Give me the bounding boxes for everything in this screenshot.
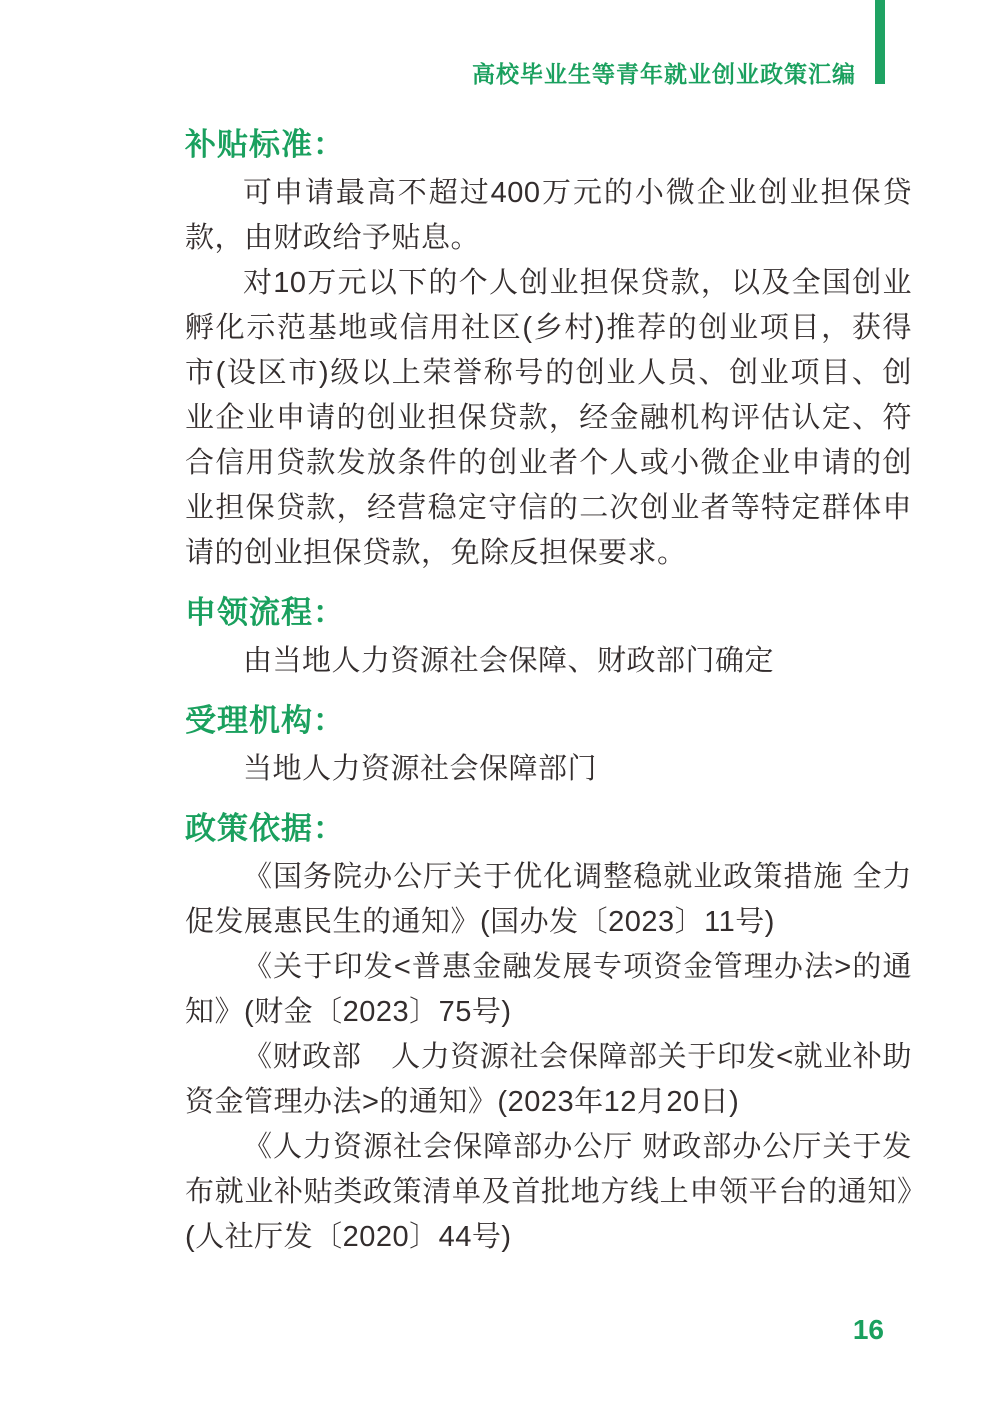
body-paragraph: 可申请最高不超过400万元的小微企业创业担保贷款，由财政给予贴息。 (185, 171, 912, 261)
policy-document-page: 高校毕业生等青年就业创业政策汇编 补贴标准： 可申请最高不超过400万元的小微企… (0, 0, 998, 1417)
body-paragraph: 当地人力资源社会保障部门 (185, 747, 912, 792)
section-heading: 受理机构： (185, 698, 912, 743)
section-policy-basis: 政策依据： 《国务院办公厅关于优化调整稳就业政策措施 全力促发展惠民生的通知》(… (185, 806, 912, 1260)
section-heading: 政策依据： (185, 806, 912, 851)
body-paragraph: 《人力资源社会保障部办公厅 财政部办公厅关于发布就业补贴类政策清单及首批地方线上… (185, 1125, 912, 1260)
section-heading: 补贴标准： (185, 122, 912, 167)
page-number: 16 (853, 1314, 884, 1346)
section-application-process: 申领流程： 由当地人力资源社会保障、财政部门确定 (185, 590, 912, 684)
document-content: 补贴标准： 可申请最高不超过400万元的小微企业创业担保贷款，由财政给予贴息。 … (185, 122, 912, 1260)
body-paragraph: 《国务院办公厅关于优化调整稳就业政策措施 全力促发展惠民生的通知》(国办发〔20… (185, 855, 912, 945)
section-subsidy-standard: 补贴标准： 可申请最高不超过400万元的小微企业创业担保贷款，由财政给予贴息。 … (185, 122, 912, 576)
body-paragraph: 《财政部 人力资源社会保障部关于印发<就业补助资金管理办法>的通知》(2023年… (185, 1035, 912, 1125)
body-paragraph: 对10万元以下的个人创业担保贷款，以及全国创业孵化示范基地或信用社区(乡村)推荐… (185, 261, 912, 576)
body-paragraph: 《关于印发<普惠金融发展专项资金管理办法>的通知》(财金〔2023〕75号) (185, 945, 912, 1035)
header-accent-bar (875, 0, 885, 84)
page-header-title: 高校毕业生等青年就业创业政策汇编 (472, 56, 856, 89)
section-heading: 申领流程： (185, 590, 912, 635)
body-paragraph: 由当地人力资源社会保障、财政部门确定 (185, 639, 912, 684)
section-accepting-agency: 受理机构： 当地人力资源社会保障部门 (185, 698, 912, 792)
